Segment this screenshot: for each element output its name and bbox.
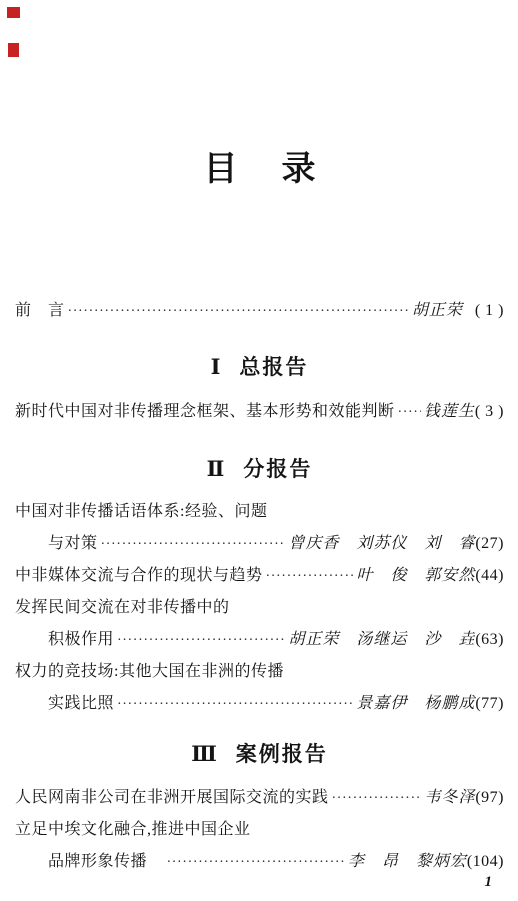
section-heading-general-report: Ⅰ 总报告 <box>15 353 504 381</box>
dot-leader: ········································… <box>117 694 353 715</box>
toc-entry-continuation: 与对策 ····································… <box>15 533 504 554</box>
page-title: 目 录 <box>15 150 504 190</box>
toc-entry-preface: 前 言 ····································… <box>15 300 504 321</box>
section-label: 分报告 <box>243 455 312 483</box>
red-square-mark-icon <box>7 7 20 18</box>
toc-entry: 中国对非传播话语体系:经验、问题 <box>15 501 504 522</box>
entry-authors: 叶 俊 郭安然 <box>356 565 475 586</box>
entry-authors: 曾庆香 刘苏仪 刘 睿 <box>288 533 475 554</box>
toc-entry: 权力的竞技场:其他大国在非洲的传播 <box>15 661 504 682</box>
section-heading-sub-reports: Ⅱ 分报告 <box>15 455 504 483</box>
page-number: 1 <box>485 874 493 891</box>
entry-page-number: ( 1 ) <box>475 300 504 321</box>
section-entries-group: 人民网南非公司在非洲开展国际交流的实践 ····················… <box>15 787 504 872</box>
entry-page-number: (27) <box>475 533 504 554</box>
dot-leader: ········································… <box>117 630 285 651</box>
entry-page-number: (44) <box>475 565 504 586</box>
entry-title: 权力的竞技场:其他大国在非洲的传播 <box>15 661 284 682</box>
red-square-mark-icon <box>8 43 19 57</box>
toc-entry-continuation: 积极作用 ···································… <box>15 629 504 650</box>
dot-leader: ········································… <box>68 301 409 322</box>
entry-authors: 钱莲生 <box>424 401 475 422</box>
section-label: 案例报告 <box>236 740 328 768</box>
toc-page: 目 录 前 言 ································… <box>0 0 518 901</box>
entry-authors: 韦冬泽 <box>424 787 475 808</box>
entry-authors: 胡正荣 <box>412 300 463 321</box>
entry-title: 品牌形象传播 <box>15 851 164 872</box>
entry-title: 发挥民间交流在对非传播中的 <box>15 597 230 618</box>
dot-leader: ········································… <box>332 788 422 809</box>
entry-title: 与对策 <box>15 533 98 554</box>
dot-leader: ········································… <box>167 852 345 873</box>
toc-entry: 中非媒体交流与合作的现状与趋势 ························… <box>15 565 504 586</box>
section-label: 总报告 <box>239 353 308 381</box>
toc-entry: 人民网南非公司在非洲开展国际交流的实践 ····················… <box>15 787 504 808</box>
title-char-right: 录 <box>282 150 316 190</box>
entry-authors: 胡正荣 汤继运 沙 垚 <box>288 629 475 650</box>
toc-entry-continuation: 实践比照 ···································… <box>15 693 504 714</box>
title-char-left: 目 <box>204 150 238 190</box>
entry-authors: 景嘉伊 杨鹏成 <box>356 693 475 714</box>
entry-title: 实践比照 <box>15 693 114 714</box>
entry-page-number: (77) <box>475 693 504 714</box>
section-heading-case-reports: Ⅲ 案例报告 <box>15 740 504 768</box>
entry-page-number: (63) <box>475 629 504 650</box>
entry-page-number: (104) <box>467 851 504 872</box>
entry-title: 立足中埃文化融合,推进中国企业 <box>15 819 251 840</box>
section-entries-group: 中国对非传播话语体系:经验、问题 与对策 ···················… <box>15 501 504 714</box>
toc-entry: 新时代中国对非传播理念框架、基本形势和效能判断 ················… <box>15 401 504 422</box>
toc-entry-continuation: 品牌形象传播 ·································… <box>15 851 504 872</box>
entry-page-number: (97) <box>475 787 504 808</box>
entry-title: 中国对非传播话语体系:经验、问题 <box>15 501 267 522</box>
entry-title: 新时代中国对非传播理念框架、基本形势和效能判断 <box>15 401 395 422</box>
toc-entry: 发挥民间交流在对非传播中的 <box>15 597 504 618</box>
dot-leader: ········································… <box>266 566 354 587</box>
dot-leader: ········································… <box>398 402 421 423</box>
entry-page-number: ( 3 ) <box>475 401 504 422</box>
entry-authors: 李 昂 黎炳宏 <box>348 851 467 872</box>
entry-title: 积极作用 <box>15 629 114 650</box>
section-numeral: Ⅲ <box>191 740 218 768</box>
entry-title: 前 言 <box>15 300 65 321</box>
section-numeral: Ⅰ <box>211 353 222 381</box>
entry-title: 人民网南非公司在非洲开展国际交流的实践 <box>15 787 329 808</box>
toc-entry: 立足中埃文化融合,推进中国企业 <box>15 819 504 840</box>
entry-title: 中非媒体交流与合作的现状与趋势 <box>15 565 263 586</box>
section-numeral: Ⅱ <box>207 455 226 483</box>
dot-leader: ········································… <box>101 534 286 555</box>
